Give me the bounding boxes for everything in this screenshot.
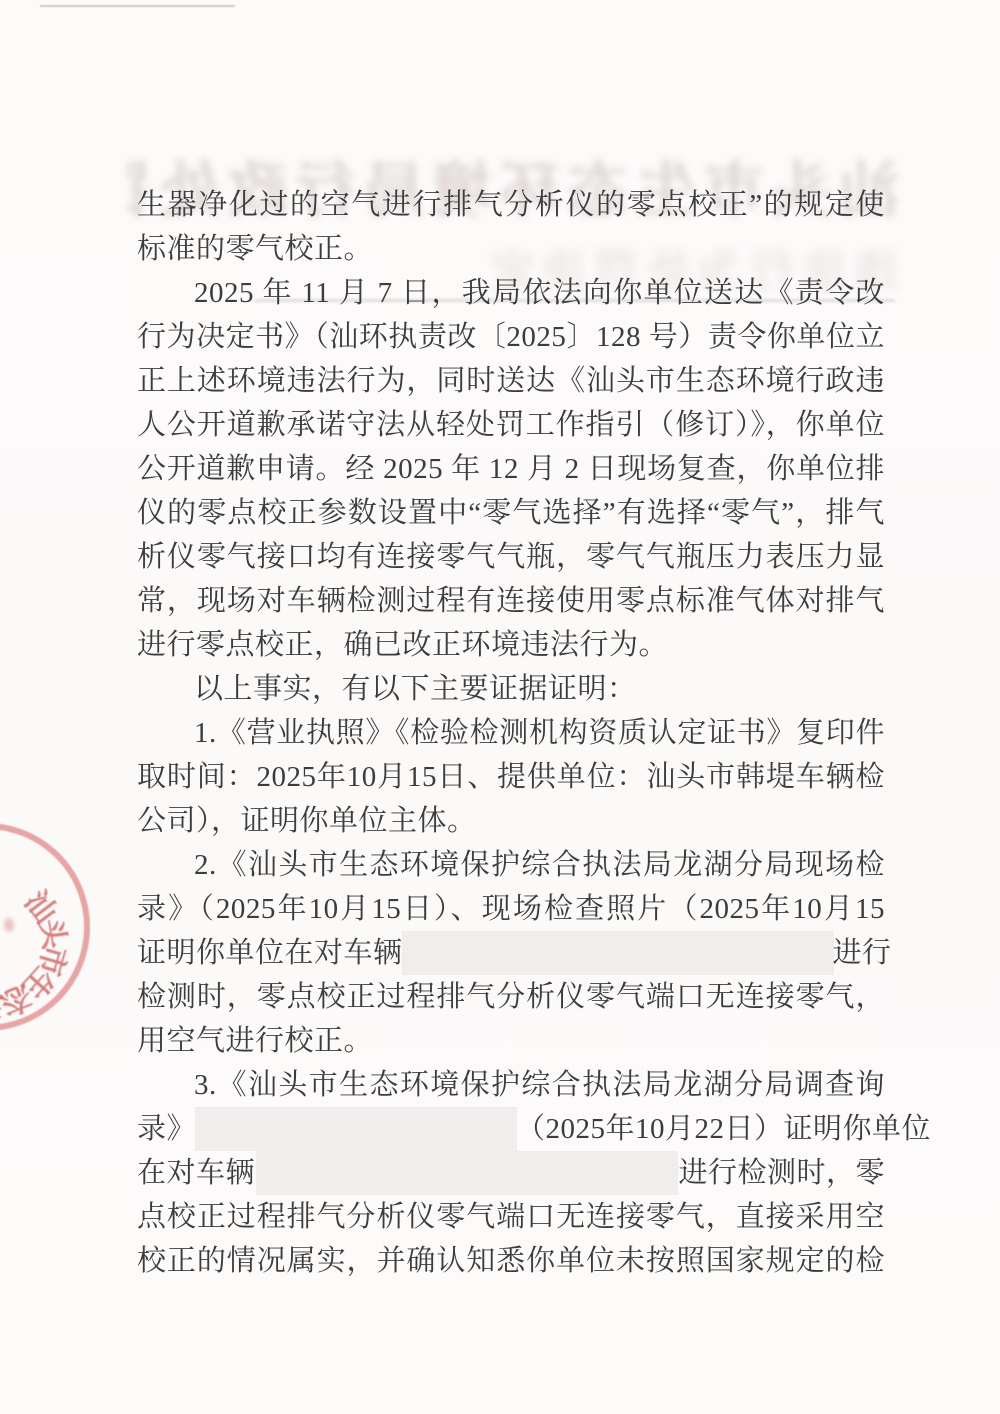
text-segment: 录》 xyxy=(137,1107,196,1151)
text-line: 检测时，零点校正过程排气分析仪零气端口无连接零气，直接采 xyxy=(137,975,885,1019)
text-line: 正上述环境违法行为，同时送达《汕头市生态环境行政违法当事 xyxy=(137,359,885,403)
redaction-block xyxy=(196,1108,516,1150)
document-body-text: 生器净化过的空气进行排气分析仪的零点校正”的规定使用符合标准的零气校正。2025… xyxy=(137,183,885,1283)
text-line: 析仪零气接口均有连接零气气瓶，零气气瓶压力表压力显示正 xyxy=(137,535,885,579)
text-line: 录》（2025年10月22日）证明你单位 xyxy=(137,1107,885,1151)
text-line: 生器净化过的空气进行排气分析仪的零点校正”的规定使用符合 xyxy=(137,183,885,227)
text-line: 进行零点校正，确已改正环境违法行为。 xyxy=(137,623,885,667)
text-line: 1.《营业执照》《检验检测机构资质认定证书》复印件（提 xyxy=(137,711,885,755)
text-segment: （2025年10月22日）证明你单位 xyxy=(516,1107,931,1151)
text-line: 2025 年 11 月 7 日，我局依法向你单位送达《责令改正违法 xyxy=(137,271,885,315)
text-line: 公司），证明你单位主体。 xyxy=(137,799,885,843)
text-line: 2.《汕头市生态环境保护综合执法局龙湖分局现场检查笔 xyxy=(137,843,885,887)
text-line: 校正的情况属实，并确认知悉你单位未按照国家规定的检测方 xyxy=(137,1239,885,1283)
text-line: 点校正过程排气分析仪零气端口无连接零气，直接采用空气进行 xyxy=(137,1195,885,1239)
official-seal-stamp: 汕头市生态环境局 xyxy=(0,786,127,1067)
text-line: 行为决定书》（汕环执责改〔2025〕128 号）责令你单位立即改 xyxy=(137,315,885,359)
text-line: 以上事实，有以下主要证据证明： xyxy=(137,667,885,711)
text-line: 3.《汕头市生态环境保护综合执法局龙湖分局调查询问笔 xyxy=(137,1063,885,1107)
seal-ink-speck xyxy=(4,918,14,932)
scanned-document-page: 汕头市生态环境局行政处罚决定书 违法行为处罚决定 生器净化过的空气进行排气分析仪… xyxy=(0,0,1000,1414)
redaction-block xyxy=(403,932,833,974)
text-line: 录》（2025年10月15日）、现场检查照片（2025年10月15日）， xyxy=(137,887,885,931)
text-segment: 进行 xyxy=(833,931,892,975)
text-line: 仪的零点校正参数设置中“零气选择”有选择“零气”，排气分 xyxy=(137,491,885,535)
text-line: 公开道歉申请。经 2025 年 12 月 2 日现场复查，你单位排气分析 xyxy=(137,447,885,491)
text-line: 证明你单位在对车辆进行 xyxy=(137,931,885,975)
text-line: 常，现场对车辆检测过程有连接使用零点标准气体对排气分析仪 xyxy=(137,579,885,623)
text-line: 在对车辆进行检测时，零 xyxy=(137,1151,885,1195)
text-line: 用空气进行校正。 xyxy=(137,1019,885,1063)
text-line: 人公开道歉承诺守法从轻处罚工作指引（修订）》，你单位放弃 xyxy=(137,403,885,447)
scanner-artifact-line xyxy=(40,5,235,7)
text-line: 取时间：2025年10月15日、提供单位：汕头市韩堤车辆检测有限 xyxy=(137,755,885,799)
text-segment: 证明你单位在对车辆 xyxy=(137,931,403,975)
text-segment: 进行检测时，零 xyxy=(678,1151,885,1195)
text-segment: 在对车辆 xyxy=(137,1151,255,1195)
seal-character: 境 xyxy=(0,885,1,934)
text-line: 标准的零气校正。 xyxy=(137,227,885,271)
redaction-block xyxy=(257,1152,677,1194)
